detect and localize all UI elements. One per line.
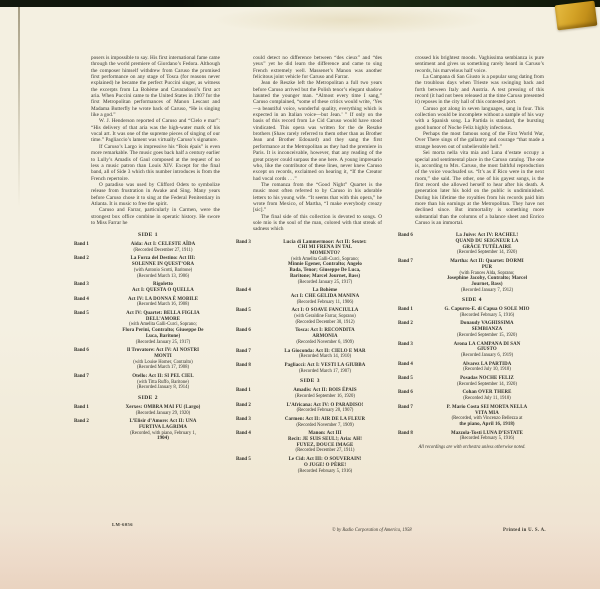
- band-row: Band 3Carmen: Act II: AIR DE LA FLEUR(Re…: [236, 417, 384, 428]
- column-1: posers is impossible to say. His first i…: [74, 55, 222, 477]
- band-title: Act IV: Quartet: BELLA FIGLIADELL’AMORE(…: [104, 311, 222, 345]
- band-label: Band 1: [398, 307, 428, 318]
- band-title: L’Elisir d’Amore: Act II: UNAFURTIVA LAG…: [104, 419, 222, 442]
- band-label: Band 5: [398, 376, 428, 387]
- band-title: Donaudy VAGHISSIMASEMBIANZA(Recorded Sep…: [428, 321, 546, 338]
- band-line: (Recorded December 27, 1911): [104, 248, 222, 254]
- band-line: (Recorded March 14, 1910): [266, 354, 384, 360]
- band-label: Band 3: [236, 417, 266, 428]
- band-title: La Juive: Act IV: RACHEL!QUAND DU SEIGNE…: [428, 233, 546, 256]
- prose-paragraph: If Caruso’s Largo is impressive his “Boi…: [91, 144, 220, 182]
- band-row: Band 5Act IV: Quartet: BELLA FIGLIADELL’…: [74, 311, 222, 345]
- band-label: Band 2: [398, 321, 428, 338]
- band-row: Band 7Martha: Act II: Quartet: DORMIPUR(…: [398, 259, 546, 293]
- liner-notes: posers is impossible to say. His first i…: [0, 7, 600, 589]
- band-row: Band 8Mazzola-Tosti LUNA D’ESTATE(Record…: [398, 431, 546, 442]
- band-title: Il Trovatore: Act IV: AI NOSTRIMONTI(wit…: [104, 348, 222, 371]
- prose-paragraph: The final side of this collection is dev…: [253, 214, 382, 233]
- band-row: Band 7Otello: Act II: SI PEL CIEL(with T…: [74, 374, 222, 391]
- band-title: Mazzola-Tosti LUNA D’ESTATE(Recorded Feb…: [428, 431, 546, 442]
- band-line: G. Capurro-E. di Capua O SOLE MIO: [428, 307, 546, 313]
- band-row: Band 6Il Trovatore: Act IV: AI NOSTRIMON…: [74, 348, 222, 371]
- prose-paragraph: The romanza from the “Good Night” Quarte…: [253, 182, 382, 214]
- band-line: (Recorded July 11, 1918): [428, 396, 546, 402]
- band-row: Band 4Act IV: LA DONNA È MOBILE(Recorded…: [74, 297, 222, 308]
- band-title: Amadis: Act II: BOIS ÉPAIS(Recorded Sept…: [266, 388, 384, 399]
- band-label: Band 4: [236, 431, 266, 454]
- prose-paragraph: Perhaps the most famous song of the Firs…: [415, 131, 544, 150]
- band-row: Band 5Act I: O SOAVE FANCIULLA(with Gera…: [236, 308, 384, 325]
- band-row: Band 1Xerxes: OMBRA MAI FU (Largo)(Recor…: [74, 405, 222, 416]
- band-title: P. Mario Costa SEI MORTA NELLAVITA MIA(R…: [428, 405, 546, 428]
- band-label: Band 1: [236, 388, 266, 399]
- band-label: Band 6: [398, 390, 428, 401]
- band-title: G. Capurro-E. di Capua O SOLE MIO(Record…: [428, 307, 546, 318]
- band-line: (Recorded November 7, 1909): [266, 423, 384, 429]
- band-title: Act I: O SOAVE FANCIULLA(with Geraldine …: [266, 308, 384, 325]
- tracklist: SIDE 1Band 1Aida: Act I: CELESTE AÏDA(Re…: [74, 233, 222, 442]
- band-label: Band 6: [74, 348, 104, 371]
- band-line: the piano, April 16, 1918): [428, 422, 546, 428]
- prose-block: crossed his brightest moods. Vaghissima …: [415, 55, 544, 226]
- band-label: Band 8: [236, 363, 266, 374]
- band-line: 1904): [104, 436, 222, 442]
- prose-paragraph: Caruso got along in seven languages, san…: [415, 106, 544, 131]
- band-row: Band 1G. Capurro-E. di Capua O SOLE MIO(…: [398, 307, 546, 318]
- printed-in-usa-line: Printed in U. S. A.: [503, 528, 546, 533]
- band-line: (Recorded February 11, 1906): [266, 300, 384, 306]
- side-heading: SIDE 4: [398, 298, 546, 304]
- band-line: (Recorded January 25, 1917): [104, 340, 222, 346]
- band-label: Band 3: [74, 282, 104, 293]
- band-line: (Recorded September 15, 1920): [428, 333, 546, 339]
- band-label: Band 7: [398, 405, 428, 428]
- band-line: (Recorded November 6, 1909): [266, 340, 384, 346]
- footer: LM-6056 © by Radio Corporation of Americ…: [0, 520, 600, 536]
- tracklist: Band 3Lucia di Lammermoor: Act II: Sexte…: [236, 240, 384, 475]
- band-label: Band 6: [236, 328, 266, 345]
- band-row: Band 4La BohèmeAct I: CHE GELIDA MANINA(…: [236, 288, 384, 305]
- band-label: Band 7: [398, 259, 428, 293]
- band-line: (Recorded January 6, 1919): [428, 353, 546, 359]
- catalog-number: LM-6056: [112, 522, 133, 527]
- band-label: Band 5: [236, 457, 266, 474]
- band-label: Band 7: [74, 374, 104, 391]
- tracklist: Band 6La Juive: Act IV: RACHEL!QUAND DU …: [398, 233, 546, 451]
- band-row: Band 1Aida: Act I: CELESTE AÏDA(Recorded…: [74, 242, 222, 253]
- band-line: (Recorded January 8, 1914): [104, 385, 222, 391]
- prose-paragraph: La Campana di San Giusto is a popular so…: [415, 74, 544, 106]
- band-row: Band 3RigolettoAct I: QUESTA O QUELLA: [74, 282, 222, 293]
- band-row: Band 3Lucia di Lammermoor: Act II: Sexte…: [236, 240, 384, 286]
- band-label: Band 2: [74, 419, 104, 442]
- band-row: Band 2L’Elisir d’Amore: Act II: UNAFURTI…: [74, 419, 222, 442]
- band-line: (Recorded February 5, 1916): [428, 313, 546, 319]
- copyright-line: © by Radio Corporation of America, 1958: [332, 528, 412, 533]
- band-line: (Recorded September 14, 1920): [428, 250, 546, 256]
- band-line: (Recorded February 20, 1907): [266, 408, 384, 414]
- band-line: (Recorded February 5, 1916): [266, 469, 384, 475]
- band-title: Act IV: LA DONNA È MOBILE(Recorded March…: [104, 297, 222, 308]
- band-label: Band 1: [74, 405, 104, 416]
- band-row: Band 2La Forza del Destino: Act III:SOLE…: [74, 256, 222, 279]
- band-row: Band 3Arona LA CAMPANA DI SANGIUSTO(Reco…: [398, 342, 546, 359]
- band-title: La Gioconda: Act II: CIELO E MAR(Recorde…: [266, 349, 384, 360]
- band-title: La BohèmeAct I: CHE GELIDA MANINA(Record…: [266, 288, 384, 305]
- side-heading: SIDE 2: [74, 396, 222, 402]
- prose-block: could detect no difference between “des …: [253, 55, 382, 233]
- band-label: Band 8: [398, 431, 428, 442]
- band-label: Band 2: [74, 256, 104, 279]
- liner-notes-columns: posers is impossible to say. His first i…: [74, 55, 546, 477]
- band-line: (Recorded January 25, 1917): [266, 280, 384, 286]
- band-line: (Recorded January 29, 1920): [104, 411, 222, 417]
- band-line: (Recorded July 10, 1918): [428, 367, 546, 373]
- prose-paragraph: crossed his brightest moods. Vaghissima …: [415, 55, 544, 74]
- band-line: (Recorded September 14, 1920): [428, 382, 546, 388]
- band-title: Xerxes: OMBRA MAI FU (Largo)(Recorded Ja…: [104, 405, 222, 416]
- prose-paragraph: posers is impossible to say. His first i…: [91, 55, 220, 118]
- orchestra-note: All recordings are with orchestra unless…: [398, 445, 546, 451]
- band-line: (Recorded March 17, 1908): [104, 365, 222, 371]
- band-label: Band 1: [74, 242, 104, 253]
- band-line: (Recorded September 16, 1920): [266, 394, 384, 400]
- band-label: Band 3: [398, 342, 428, 359]
- band-row: Band 6La Juive: Act IV: RACHEL!QUAND DU …: [398, 233, 546, 256]
- band-label: Band 2: [236, 403, 266, 414]
- band-line: (Recorded March 13, 1906): [104, 274, 222, 280]
- band-label: Band 4: [398, 362, 428, 373]
- band-title: Le Cid: Act III: O SOUVERAIN!O JUGE! O P…: [266, 457, 384, 474]
- band-title: Alvarez LA PARTIDA(Recorded July 10, 191…: [428, 362, 546, 373]
- band-title: Martha: Act II: Quartet: DORMIPUR(with F…: [428, 259, 546, 293]
- band-title: Aida: Act I: CELESTE AÏDA(Recorded Decem…: [104, 242, 222, 253]
- band-row: Band 1Amadis: Act II: BOIS ÉPAIS(Recorde…: [236, 388, 384, 399]
- band-line: (Recorded January 7, 1912): [428, 288, 546, 294]
- band-row: Band 6Tosca: Act I: RECONDITAARMONIA(Rec…: [236, 328, 384, 345]
- band-title: Carmen: Act II: AIR DE LA FLEUR(Recorded…: [266, 417, 384, 428]
- band-line: (Recorded March 17, 1907): [266, 369, 384, 375]
- band-label: Band 6: [398, 233, 428, 256]
- band-title: Pagliacci: Act I: VESTI LA GIUBBA(Record…: [266, 363, 384, 374]
- band-row: Band 5Le Cid: Act III: O SOUVERAIN!O JUG…: [236, 457, 384, 474]
- album-back-cover-scan: posers is impossible to say. His first i…: [0, 0, 600, 589]
- band-label: Band 7: [236, 349, 266, 360]
- band-label: Band 3: [236, 240, 266, 286]
- band-title: Arona LA CAMPANA DI SANGIUSTO(Recorded J…: [428, 342, 546, 359]
- band-row: Band 2Donaudy VAGHISSIMASEMBIANZA(Record…: [398, 321, 546, 338]
- prose-paragraph: could detect no difference between “des …: [253, 55, 382, 80]
- side-heading: SIDE 3: [236, 379, 384, 385]
- prose-block: posers is impossible to say. His first i…: [91, 55, 220, 226]
- band-row: Band 4Alvarez LA PARTIDA(Recorded July 1…: [398, 362, 546, 373]
- band-label: Band 4: [236, 288, 266, 305]
- band-line: (Recorded February 5, 1916): [428, 436, 546, 442]
- band-row: Band 5Posadas NOCHE FELIZ(Recorded Septe…: [398, 376, 546, 387]
- band-line: (Recorded December 30, 1912): [266, 320, 384, 326]
- band-title: Lucia di Lammermoor: Act II: Sextet:CHI …: [266, 240, 384, 286]
- prose-paragraph: Jean de Reszke left the Metropolitan a f…: [253, 80, 382, 182]
- band-title: Manon: Act IIIRecit: JE SUIS SEUL!; Aria…: [266, 431, 384, 454]
- band-title: Tosca: Act I: RECONDITAARMONIA(Recorded …: [266, 328, 384, 345]
- band-row: Band 7La Gioconda: Act II: CIELO E MAR(R…: [236, 349, 384, 360]
- band-title: Otello: Act II: SI PEL CIEL(with Titta R…: [104, 374, 222, 391]
- band-line: Act I: QUESTA O QUELLA: [104, 288, 222, 294]
- band-label: Band 5: [74, 311, 104, 345]
- column-2: could detect no difference between “des …: [236, 55, 384, 477]
- prose-paragraph: O paradiso was used by Clifford Odets to…: [91, 182, 220, 207]
- band-title: La Forza del Destino: Act III:SOLENNE IN…: [104, 256, 222, 279]
- band-line: (Recorded March 16, 1908): [104, 302, 222, 308]
- prose-paragraph: W. J. Henderson reported of Caruso and “…: [91, 118, 220, 143]
- band-row: Band 4Manon: Act IIIRecit: JE SUIS SEUL!…: [236, 431, 384, 454]
- band-line: (Recorded December 27, 1911): [266, 448, 384, 454]
- band-title: L’Africana: Act IV: O PARADISO!(Recorded…: [266, 403, 384, 414]
- band-title: RigolettoAct I: QUESTA O QUELLA: [104, 282, 222, 293]
- band-title: Posadas NOCHE FELIZ(Recorded September 1…: [428, 376, 546, 387]
- band-row: Band 2L’Africana: Act IV: O PARADISO!(Re…: [236, 403, 384, 414]
- column-3: crossed his brightest moods. Vaghissima …: [398, 55, 546, 477]
- side-heading: SIDE 1: [74, 233, 222, 239]
- band-row: Band 7P. Mario Costa SEI MORTA NELLAVITA…: [398, 405, 546, 428]
- band-title: Cohan OVER THERE(Recorded July 11, 1918): [428, 390, 546, 401]
- band-label: Band 5: [236, 308, 266, 325]
- band-label: Band 4: [74, 297, 104, 308]
- prose-paragraph: Caruso and Farrar, particularly in Carme…: [91, 207, 220, 226]
- prose-paragraph: Sei morta nella vita mia and Luna d’esta…: [415, 150, 544, 226]
- band-row: Band 8Pagliacci: Act I: VESTI LA GIUBBA(…: [236, 363, 384, 374]
- band-row: Band 6Cohan OVER THERE(Recorded July 11,…: [398, 390, 546, 401]
